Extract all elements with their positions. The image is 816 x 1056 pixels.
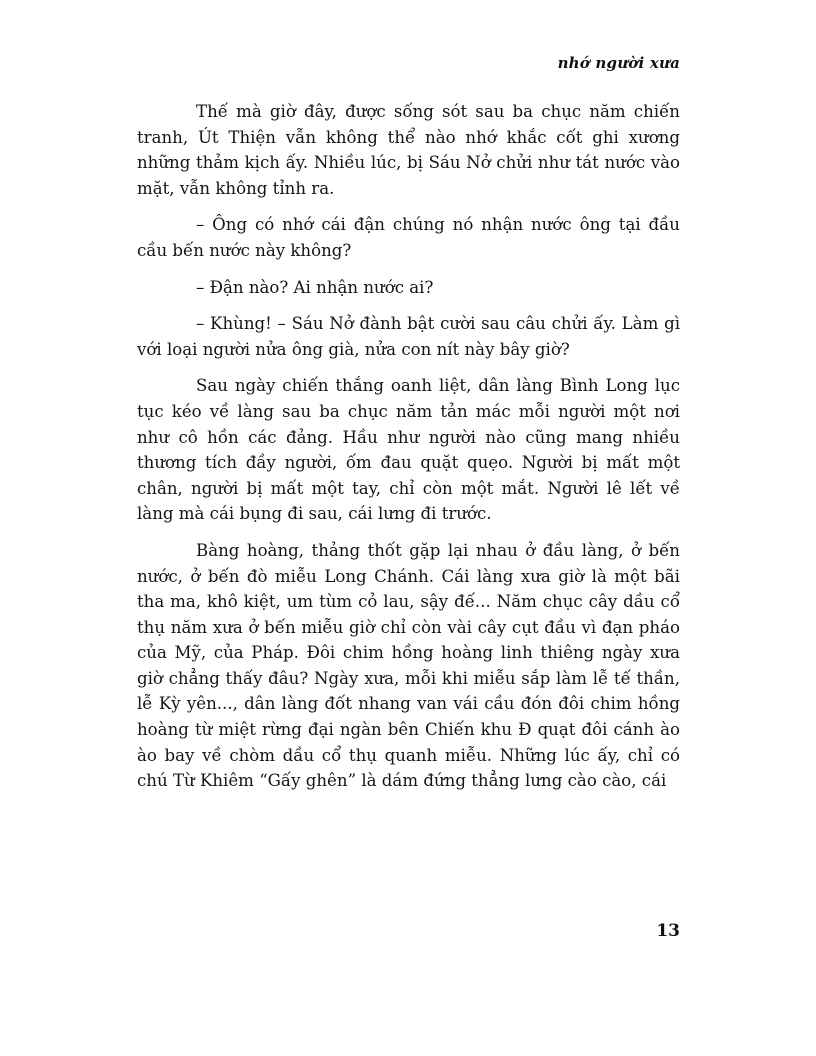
paragraph-narration: Sau ngày chiến thắng oanh liệt, dân làng…: [137, 373, 680, 527]
paragraph-dialogue: – Khùng! – Sáu Nở đành bật cười sau câu …: [137, 311, 680, 362]
book-page: nhớ người xưa Thế mà giờ đây, được sống …: [0, 0, 816, 1056]
paragraph-dialogue: – Đận nào? Ai nhận nước ai?: [137, 275, 680, 301]
running-header-title: nhớ người xưa: [558, 54, 680, 72]
paragraph-dialogue: – Ông có nhớ cái đận chúng nó nhận nước …: [137, 212, 680, 263]
body-text: Thế mà giờ đây, được sống sót sau ba chụ…: [137, 99, 680, 794]
paragraph-narration: Bàng hoàng, thảng thốt gặp lại nhau ở đầ…: [137, 538, 680, 794]
page-number: 13: [656, 921, 680, 941]
paragraph-narration: Thế mà giờ đây, được sống sót sau ba chụ…: [137, 99, 680, 201]
